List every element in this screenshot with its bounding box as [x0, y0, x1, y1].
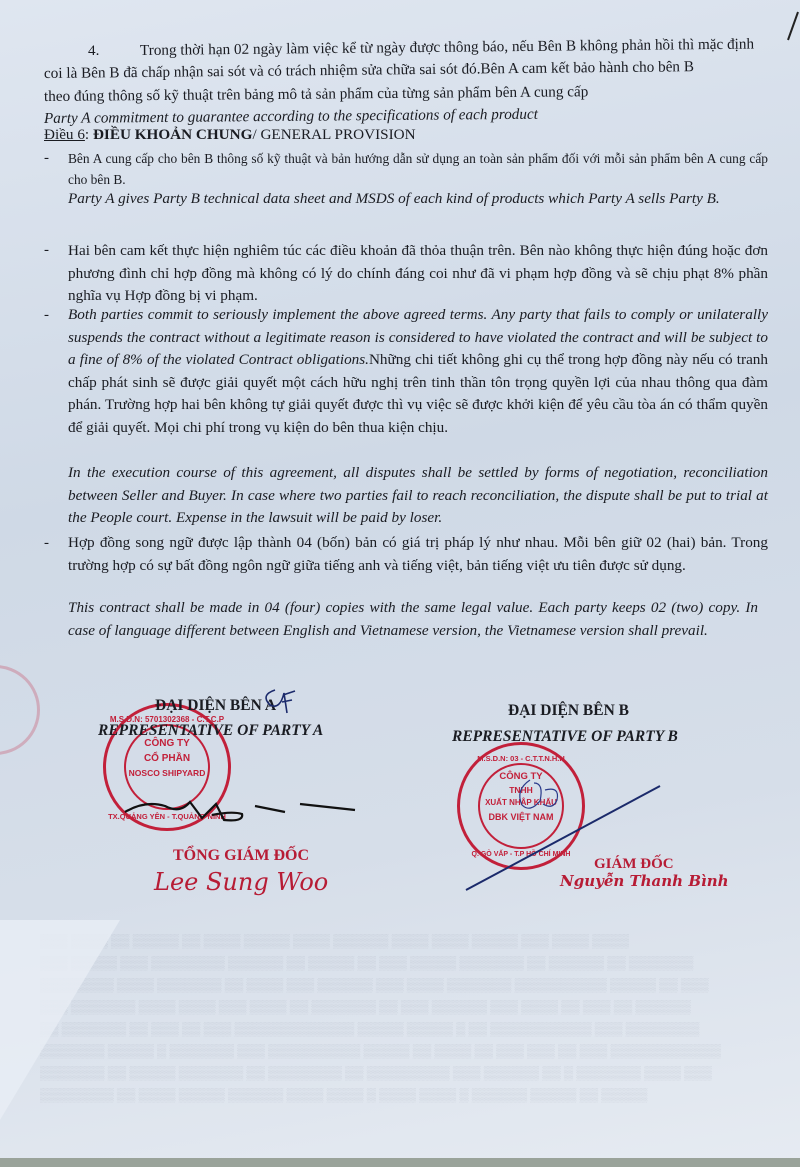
seal-b-line-2: TNHH — [460, 785, 582, 795]
party-b-heading-vi: ĐẠI DIỆN BÊN B — [508, 702, 629, 720]
article-colon: : — [85, 126, 93, 143]
faint-margin-stamp — [0, 665, 40, 755]
party-b-signatory-name: Nguyễn Thanh Bình — [560, 872, 729, 890]
paper-fold-shadow — [0, 920, 120, 1120]
seal-a-ring-bottom: TX.QUẢNG YÊN - T.QUẢNG NINH — [106, 812, 228, 821]
party-a-heading-en: REPRESENTATIVE OF PARTY A — [98, 722, 323, 740]
provision4-vi: Hợp đồng song ngữ được lập thành 04 (bốn… — [68, 532, 768, 577]
article-label: Điều 6 — [44, 126, 85, 143]
seal-b-line-4: DBK VIỆT NAM — [460, 812, 582, 822]
pen-mark-icon — [780, 10, 800, 50]
party-b-company-seal: M.S.D.N: 03 - C.T.T.N.H.H CÔNG TY TNHH X… — [457, 742, 585, 870]
provision4-en: This contract shall be made in 04 (four)… — [68, 597, 758, 642]
party-a-heading-vi: ĐẠI DIỆN BÊN A — [155, 697, 276, 715]
bullet: - — [44, 242, 49, 259]
article-title-vi: ĐIỀU KHOẢN CHUNG — [93, 126, 252, 143]
seal-b-ring-bottom: Q. GÒ VẤP - T.P HỒ CHÍ MINH — [460, 851, 582, 858]
document-page: ▒▒▒ ▒▒▒▒ ▒▒ ▒▒▒▒▒ ▒▒ ▒▒▒▒ ▒▒▒▒▒ ▒▒▒▒ ▒▒▒… — [0, 0, 800, 1167]
party-b-title: GIÁM ĐỐC — [594, 856, 674, 873]
clause-number: 4. — [88, 40, 99, 62]
party-a-signatory-name: Lee Sung Woo — [154, 868, 328, 896]
seal-a-line-3: NOSCO SHIPYARD — [106, 768, 228, 778]
article-title-en: / GENERAL PROVISION — [252, 126, 415, 143]
seal-b-ring-top: M.S.D.N: 03 - C.T.T.N.H.H — [460, 754, 582, 763]
seal-b-line-1: CÔNG TY — [460, 771, 582, 782]
bullet: - — [44, 150, 49, 167]
party-b-heading-en: REPRESENTATIVE OF PARTY B — [452, 728, 678, 746]
seal-b-line-3: XUẤT NHẬP KHẨU — [460, 798, 582, 807]
table-surface-edge — [0, 1158, 800, 1167]
bullet: - — [44, 535, 49, 552]
provision2-vi: Hai bên cam kết thực hiện nghiêm túc các… — [68, 240, 768, 308]
seal-a-line-2: CỔ PHẦN — [106, 753, 228, 764]
party-a-title: TỔNG GIÁM ĐỐC — [173, 847, 309, 865]
provision1-en: Party A gives Party B technical data she… — [68, 187, 768, 211]
provision3-en2: In the execution course of this agreemen… — [68, 462, 768, 530]
provision1-vi: Bên A cung cấp cho bên B thông số kỹ thu… — [68, 148, 768, 190]
article6-heading: Điều 6: ĐIỀU KHOẢN CHUNG/ GENERAL PROVIS… — [44, 124, 416, 146]
bleed-through-text: ▒▒▒ ▒▒▒▒ ▒▒ ▒▒▒▒▒ ▒▒ ▒▒▒▒ ▒▒▒▒▒ ▒▒▒▒ ▒▒▒… — [40, 930, 750, 1106]
bullet: - — [44, 307, 49, 324]
provision3-text: Both parties commit to seriously impleme… — [68, 304, 768, 439]
